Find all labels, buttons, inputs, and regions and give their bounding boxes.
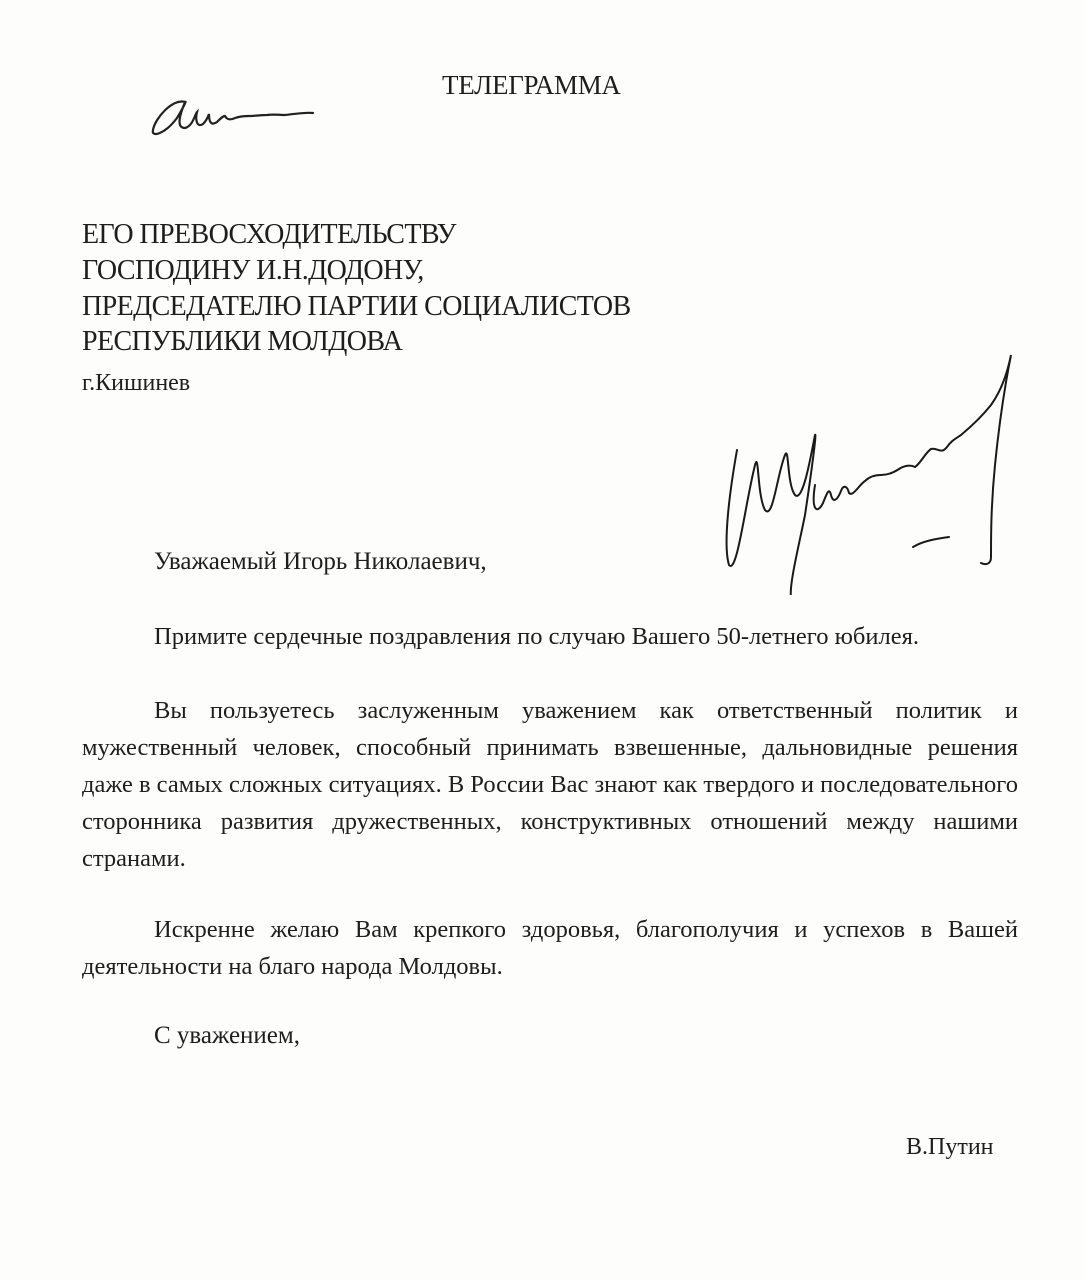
handwritten-signature-icon <box>715 335 1084 595</box>
recipient-city: г.Кишинев <box>82 370 190 397</box>
greeting: Уважаемый Игорь Николаевич, <box>154 548 487 576</box>
address-line: ГОСПОДИНУ И.Н.ДОДОНУ, <box>82 252 424 290</box>
paragraph-3: Искренне желаю Вам крепкого здоровья, бл… <box>82 911 1018 985</box>
closing: С уважением, <box>154 1022 300 1050</box>
address-line: ПРЕДСЕДАТЕЛЮ ПАРТИИ СОЦИАЛИСТОВ <box>82 288 631 326</box>
handwritten-initials-icon <box>145 88 325 140</box>
address-line: РЕСПУБЛИКИ МОЛДОВА <box>82 323 402 361</box>
paragraph-1: Примите сердечные поздравления по случаю… <box>82 618 1018 655</box>
paragraph-text: Вы пользуетесь заслуженным уважением как… <box>82 697 1018 872</box>
paragraph-text: Искренне желаю Вам крепкого здоровья, бл… <box>82 916 1018 980</box>
paragraph-2: Вы пользуетесь заслуженным уважением как… <box>82 692 1018 877</box>
address-line: ЕГО ПРЕВОСХОДИТЕЛЬСТВУ <box>82 216 456 254</box>
paragraph-text: Примите сердечные поздравления по случаю… <box>154 623 919 650</box>
document-title: ТЕЛЕГРАММА <box>442 70 621 101</box>
signatory-name: В.Путин <box>906 1134 994 1161</box>
